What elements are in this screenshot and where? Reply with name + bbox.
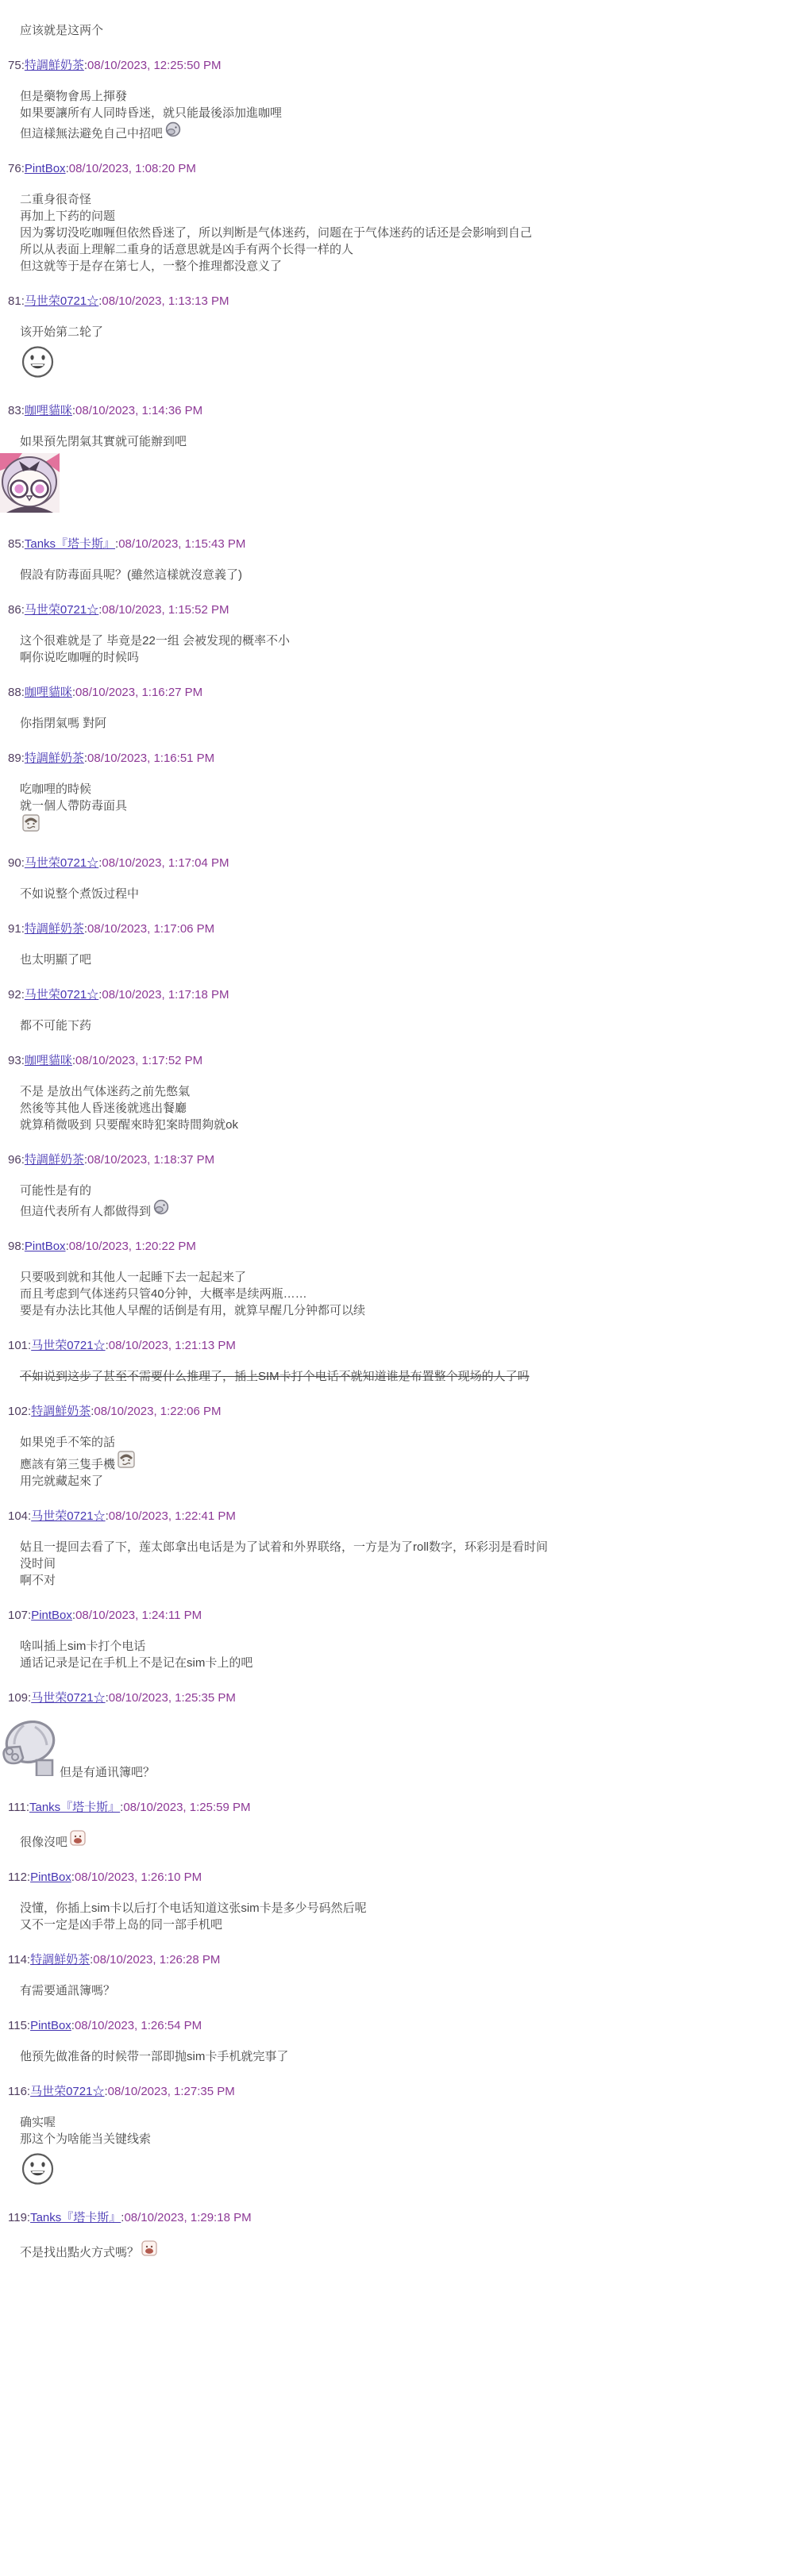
- message-line: 如果兇手不笨的話: [20, 1434, 794, 1451]
- message-line: 不是 是放出气体迷药之前先憋氣: [20, 1083, 794, 1100]
- message-text: 不是 是放出气体迷药之前先憋氣: [20, 1083, 190, 1100]
- post: 76:PintBox:08/10/2023, 1:08:20 PM二重身很奇怪再…: [0, 161, 794, 275]
- post-body: 不如说到这步了甚至不需要什么推理了，插上SIM卡打个电话不就知道谁是布置整个现场…: [20, 1368, 794, 1385]
- post-timestamp: 08/10/2023, 1:18:37 PM: [87, 1153, 214, 1167]
- grimace-face-emoji: [118, 1451, 135, 1473]
- post-timestamp: 08/10/2023, 1:29:18 PM: [124, 2211, 251, 2224]
- post-body: 都不可能下药: [20, 1017, 794, 1034]
- post: 91:特調鮮奶茶:08/10/2023, 1:17:06 PM也太明顯了吧: [0, 921, 794, 968]
- post-number: 83: [8, 404, 21, 417]
- post: 96:特調鮮奶茶:08/10/2023, 1:18:37 PM可能性是有的但這代…: [0, 1152, 794, 1220]
- username-link[interactable]: 咖哩貓咪: [25, 686, 72, 699]
- message-text: 再加上下药的问题: [20, 208, 115, 225]
- post-timestamp: 08/10/2023, 1:17:04 PM: [102, 856, 229, 870]
- grimace-face-emoji: [22, 814, 40, 836]
- post-body: 应该就是这两个: [20, 22, 794, 39]
- post-number: 119: [8, 2211, 27, 2224]
- message-text: 吃咖哩的時候: [20, 781, 91, 798]
- post-body: 不如说整个煮饭过程中: [20, 886, 794, 902]
- message-line: 那这个为啥能当关键线索: [20, 2131, 794, 2147]
- smiley-avatar[interactable]: [20, 344, 56, 384]
- blush-face-emoji: [70, 1830, 86, 1851]
- message-line: 但這代表所有人都做得到: [20, 1199, 794, 1220]
- message-text: 但这就等于是存在第七人，一整个推理都没意义了: [20, 258, 282, 275]
- post-number: 93: [8, 1054, 21, 1067]
- post-timestamp: 08/10/2023, 1:17:06 PM: [87, 922, 214, 936]
- message-text: 就一個人帶防毒面具: [20, 798, 127, 814]
- username-link[interactable]: PintBox: [31, 1609, 72, 1622]
- message-text: 该开始第二轮了: [20, 324, 103, 340]
- post-body: 没懂，你插上sim卡以后打个电话知道这张sim卡是多少号码然后呢又不一定是凶手带…: [20, 1900, 794, 1933]
- post-header: 85:Tanks『塔卡斯』:08/10/2023, 1:15:43 PM: [8, 536, 794, 552]
- post-timestamp: 08/10/2023, 1:25:59 PM: [123, 1801, 250, 1814]
- facepalm-avatar[interactable]: [0, 1721, 56, 1781]
- message-line: 因为雾切没吃咖喱但依然昏迷了，所以判断是气体迷药，问题在于气体迷药的话还是会影响…: [20, 225, 794, 241]
- post: 101:马世荣0721☆:08/10/2023, 1:21:13 PM不如说到这…: [0, 1338, 794, 1385]
- message-line: 假設有防毒面具呢？(雖然這樣就沒意義了): [20, 567, 794, 583]
- post-header: 119:Tanks『塔卡斯』:08/10/2023, 1:29:18 PM: [8, 2210, 794, 2226]
- username-link[interactable]: 咖哩貓咪: [25, 1054, 72, 1067]
- message-line: 二重身很奇怪: [20, 191, 794, 208]
- message-line: 他预先做准备的时候带一部即抛sim卡手机就完事了: [20, 2048, 794, 2065]
- post-timestamp: 08/10/2023, 1:14:36 PM: [75, 404, 202, 417]
- message-line: 如果預先閉氣其實就可能辦到吧: [20, 433, 794, 450]
- post-body: 不是 是放出气体迷药之前先憋氣然後等其他人昏迷後就逃出餐廳就算稍微吸到 只要醒來…: [20, 1083, 794, 1133]
- message-text: 所以从表面上理解二重身的话意思就是凶手有两个长得一样的人: [20, 241, 353, 258]
- username-link[interactable]: 特調鮮奶茶: [30, 1953, 90, 1967]
- post-timestamp: 08/10/2023, 12:25:50 PM: [87, 59, 221, 72]
- post-number: 104: [8, 1509, 28, 1523]
- message-text: 他预先做准备的时候带一部即抛sim卡手机就完事了: [20, 2048, 288, 2065]
- username-link[interactable]: 马世荣0721☆: [25, 856, 98, 870]
- post-body: 但是有通讯簿吧？: [20, 1721, 794, 1781]
- message-text: 如果兇手不笨的話: [20, 1434, 115, 1451]
- message-text: 很像沒吧: [20, 1834, 67, 1851]
- post-timestamp: 08/10/2023, 1:27:35 PM: [108, 2085, 235, 2098]
- post-timestamp: 08/10/2023, 1:26:28 PM: [93, 1953, 220, 1967]
- post: 112:PintBox:08/10/2023, 1:26:10 PM没懂，你插上…: [0, 1870, 794, 1933]
- post: 86:马世荣0721☆:08/10/2023, 1:15:52 PM这个很难就是…: [0, 602, 794, 666]
- post-timestamp: 08/10/2023, 1:21:13 PM: [109, 1339, 236, 1352]
- post: 107:PintBox:08/10/2023, 1:24:11 PM啥叫插上si…: [0, 1608, 794, 1671]
- post-header: 83:咖哩貓咪:08/10/2023, 1:14:36 PM: [8, 403, 794, 419]
- message-line: 但这就等于是存在第七人，一整个推理都没意义了: [20, 258, 794, 275]
- post-timestamp: 08/10/2023, 1:22:06 PM: [94, 1405, 221, 1418]
- message-text: 啊你说吃咖喱的时候吗: [20, 649, 139, 666]
- username-link[interactable]: 马世荣0721☆: [31, 1691, 105, 1705]
- post-number: 91: [8, 922, 21, 936]
- username-link[interactable]: Tanks『塔卡斯』: [30, 2211, 121, 2224]
- anime-avatar[interactable]: [0, 453, 60, 517]
- post-header: 109:马世荣0721☆:08/10/2023, 1:25:35 PM: [8, 1690, 794, 1706]
- message-line: 啥叫插上sim卡打个电话: [20, 1638, 794, 1655]
- post: 109:马世荣0721☆:08/10/2023, 1:25:35 PM但是有通讯…: [0, 1690, 794, 1781]
- post-body: 该开始第二轮了: [20, 324, 794, 384]
- username-link[interactable]: 马世荣0721☆: [25, 603, 98, 617]
- message-text: 也太明顯了吧: [20, 952, 91, 968]
- message-line: 就一個人帶防毒面具: [20, 798, 794, 814]
- post-timestamp: 08/10/2023, 1:24:11 PM: [75, 1609, 202, 1622]
- message-text: 没懂，你插上sim卡以后打个电话知道这张sim卡是多少号码然后呢: [20, 1900, 367, 1917]
- message-text: 就算稍微吸到 只要醒來時犯案時間夠就ok: [20, 1117, 238, 1133]
- post: 92:马世荣0721☆:08/10/2023, 1:17:18 PM都不可能下药: [0, 987, 794, 1034]
- message-text: 不是找出點火方式嗎？: [20, 2244, 139, 2261]
- post-timestamp: 08/10/2023, 1:13:13 PM: [102, 294, 229, 308]
- post: 102:特調鮮奶茶:08/10/2023, 1:22:06 PM如果兇手不笨的話…: [0, 1404, 794, 1490]
- message-text: 如果要讓所有人同時昏迷，就只能最後添加進咖哩: [20, 105, 282, 121]
- message-text: 又不一定是凶手带上岛的同一部手机吧: [20, 1917, 222, 1933]
- post-number: 86: [8, 603, 21, 617]
- post: 应该就是这两个: [0, 22, 794, 39]
- message-line: 应该就是这两个: [20, 22, 794, 39]
- post-header: 104:马世荣0721☆:08/10/2023, 1:22:41 PM: [8, 1509, 794, 1524]
- username-link[interactable]: 马世荣0721☆: [30, 2085, 104, 2098]
- message-line: 吃咖哩的時候: [20, 781, 794, 798]
- message-line: 只要吸到就和其他人一起睡下去一起起来了: [20, 1269, 794, 1286]
- post-number: 102: [8, 1405, 28, 1418]
- post-timestamp: 08/10/2023, 1:26:10 PM: [75, 1870, 202, 1884]
- message-text: 但是藥物會馬上揮發: [20, 88, 127, 105]
- post-body: 这个很难就是了 毕竟是22一组 会被发现的概率不小啊你说吃咖喱的时候吗: [20, 632, 794, 666]
- message-text: 确实喔: [20, 2114, 56, 2131]
- post-body: 如果預先閉氣其實就可能辦到吧: [20, 433, 794, 517]
- message-line: 很像沒吧: [20, 1830, 794, 1851]
- message-text: 啊不对: [20, 1572, 56, 1589]
- post: 104:马世荣0721☆:08/10/2023, 1:22:41 PM姑且一提回…: [0, 1509, 794, 1589]
- post-number: 76: [8, 162, 21, 175]
- username-link[interactable]: 马世荣0721☆: [31, 1339, 105, 1352]
- post-number: 90: [8, 856, 21, 870]
- post-body: 假設有防毒面具呢？(雖然這樣就沒意義了): [20, 567, 794, 583]
- username-link[interactable]: 特調鮮奶茶: [25, 752, 84, 765]
- username-link[interactable]: PintBox: [25, 162, 66, 175]
- post-timestamp: 08/10/2023, 1:08:20 PM: [69, 162, 196, 175]
- post-timestamp: 08/10/2023, 1:25:35 PM: [109, 1691, 236, 1705]
- sweat-face-emoji: [153, 1199, 169, 1220]
- message-text: 而且考虑到气体迷药只管40分钟，大概率是续两瓶……: [20, 1286, 307, 1302]
- post: 115:PintBox:08/10/2023, 1:26:54 PM他预先做准备…: [0, 2018, 794, 2065]
- smiley-avatar[interactable]: [20, 2151, 56, 2191]
- post-header: 114:特調鮮奶茶:08/10/2023, 1:26:28 PM: [8, 1952, 794, 1968]
- message-text: 只要吸到就和其他人一起睡下去一起起来了: [20, 1269, 246, 1286]
- username-link[interactable]: Tanks『塔卡斯』: [29, 1801, 120, 1814]
- post: 75:特調鮮奶茶:08/10/2023, 12:25:50 PM但是藥物會馬上揮…: [0, 58, 794, 142]
- post: 89:特調鮮奶茶:08/10/2023, 1:16:51 PM吃咖哩的時候就一個…: [0, 751, 794, 836]
- post-body: 啥叫插上sim卡打个电话通话记录是记在手机上不是记在sim卡上的吧: [20, 1638, 794, 1671]
- post-timestamp: 08/10/2023, 1:17:18 PM: [102, 988, 229, 1002]
- chat-log: 应该就是这两个75:特調鮮奶茶:08/10/2023, 12:25:50 PM但…: [0, 0, 794, 2309]
- post-number: 75: [8, 59, 21, 72]
- post: 83:咖哩貓咪:08/10/2023, 1:14:36 PM如果預先閉氣其實就可…: [0, 403, 794, 517]
- post-header: 92:马世荣0721☆:08/10/2023, 1:17:18 PM: [8, 987, 794, 1003]
- message-line: 啊不对: [20, 1572, 794, 1589]
- message-text: 但這樣無法避免自己中招吧: [20, 125, 163, 142]
- post-timestamp: 08/10/2023, 1:20:22 PM: [69, 1240, 196, 1253]
- post: 119:Tanks『塔卡斯』:08/10/2023, 1:29:18 PM不是找…: [0, 2210, 794, 2261]
- message-line: 然後等其他人昏迷後就逃出餐廳: [20, 1100, 794, 1117]
- post-header: 88:咖哩貓咪:08/10/2023, 1:16:27 PM: [8, 685, 794, 701]
- post-header: 76:PintBox:08/10/2023, 1:08:20 PM: [8, 161, 794, 177]
- message-line: 所以从表面上理解二重身的话意思就是凶手有两个长得一样的人: [20, 241, 794, 258]
- post-header: 90:马世荣0721☆:08/10/2023, 1:17:04 PM: [8, 855, 794, 871]
- sweat-face-emoji: [165, 121, 181, 142]
- message-line: 用完就藏起來了: [20, 1473, 794, 1490]
- message-line: 但是藥物會馬上揮發: [20, 88, 794, 105]
- username-link[interactable]: 马世荣0721☆: [25, 294, 98, 308]
- post-header: 107:PintBox:08/10/2023, 1:24:11 PM: [8, 1608, 794, 1624]
- message-line: 都不可能下药: [20, 1017, 794, 1034]
- post-header: 89:特調鮮奶茶:08/10/2023, 1:16:51 PM: [8, 751, 794, 767]
- message-text: 但是有通讯簿吧？: [60, 1764, 155, 1781]
- post-header: 93:咖哩貓咪:08/10/2023, 1:17:52 PM: [8, 1053, 794, 1069]
- post-body: 但是藥物會馬上揮發如果要讓所有人同時昏迷，就只能最後添加進咖哩但這樣無法避免自己…: [20, 88, 794, 142]
- message-line: 可能性是有的: [20, 1182, 794, 1199]
- post-body: 很像沒吧: [20, 1830, 794, 1851]
- post-header: 81:马世荣0721☆:08/10/2023, 1:13:13 PM: [8, 294, 794, 310]
- post-number: 111: [8, 1801, 26, 1814]
- message-line: 但是有通讯簿吧？: [0, 1721, 794, 1781]
- message-line: 你指閉氣嗎 對阿: [20, 715, 794, 732]
- message-text: 都不可能下药: [20, 1017, 91, 1034]
- message-text: 应该就是这两个: [20, 22, 103, 39]
- message-line: 没时间: [20, 1555, 794, 1572]
- message-line: 又不一定是凶手带上岛的同一部手机吧: [20, 1917, 794, 1933]
- message-text: 那这个为啥能当关键线索: [20, 2131, 151, 2147]
- post-number: 81: [8, 294, 21, 308]
- post-header: 116:马世荣0721☆:08/10/2023, 1:27:35 PM: [8, 2084, 794, 2100]
- message-line: 该开始第二轮了: [20, 324, 794, 340]
- username-link[interactable]: 马世荣0721☆: [25, 988, 98, 1002]
- username-link[interactable]: 特調鮮奶茶: [25, 922, 84, 936]
- post-body: 确实喔那这个为啥能当关键线索: [20, 2114, 794, 2191]
- post: 90:马世荣0721☆:08/10/2023, 1:17:04 PM不如说整个煮…: [0, 855, 794, 902]
- post-body: 二重身很奇怪再加上下药的问题因为雾切没吃咖喱但依然昏迷了，所以判断是气体迷药，问…: [20, 191, 794, 275]
- message-text: 用完就藏起來了: [20, 1473, 103, 1490]
- post-timestamp: 08/10/2023, 1:16:51 PM: [87, 752, 214, 765]
- post-header: 111:Tanks『塔卡斯』:08/10/2023, 1:25:59 PM: [8, 1800, 794, 1816]
- post-number: 112: [8, 1870, 27, 1884]
- message-line: 但這樣無法避免自己中招吧: [20, 121, 794, 142]
- message-line: 通话记录是记在手机上不是记在sim卡上的吧: [20, 1655, 794, 1671]
- post-number: 96: [8, 1153, 21, 1167]
- message-line: 不是找出點火方式嗎？: [20, 2240, 794, 2261]
- post-header: 112:PintBox:08/10/2023, 1:26:10 PM: [8, 1870, 794, 1886]
- post-header: 86:马世荣0721☆:08/10/2023, 1:15:52 PM: [8, 602, 794, 618]
- username-link[interactable]: 特調鮮奶茶: [31, 1405, 91, 1418]
- message-line: [20, 814, 794, 836]
- username-link[interactable]: PintBox: [25, 1240, 66, 1253]
- message-line: 不如说到这步了甚至不需要什么推理了，插上SIM卡打个电话不就知道谁是布置整个现场…: [20, 1368, 794, 1385]
- message-line: 就算稍微吸到 只要醒來時犯案時間夠就ok: [20, 1117, 794, 1133]
- username-link[interactable]: Tanks『塔卡斯』: [25, 537, 115, 551]
- post-timestamp: 08/10/2023, 1:15:43 PM: [118, 537, 245, 551]
- post-number: 107: [8, 1609, 28, 1622]
- post-timestamp: 08/10/2023, 1:17:52 PM: [75, 1054, 202, 1067]
- message-text: 这个很难就是了 毕竟是22一组 会被发现的概率不小: [20, 632, 290, 649]
- username-link[interactable]: 咖哩貓咪: [25, 404, 72, 417]
- post-header: 75:特調鮮奶茶:08/10/2023, 12:25:50 PM: [8, 58, 794, 74]
- post-timestamp: 08/10/2023, 1:26:54 PM: [75, 2019, 202, 2032]
- message-line: [0, 453, 794, 517]
- post: 114:特調鮮奶茶:08/10/2023, 1:26:28 PM有需要通訊簿嗎？: [0, 1952, 794, 1999]
- post-number: 115: [8, 2019, 27, 2032]
- message-text: 你指閉氣嗎 對阿: [20, 715, 106, 732]
- post-number: 89: [8, 752, 21, 765]
- post: 88:咖哩貓咪:08/10/2023, 1:16:27 PM你指閉氣嗎 對阿: [0, 685, 794, 732]
- message-text: 可能性是有的: [20, 1182, 91, 1199]
- message-line: 没懂，你插上sim卡以后打个电话知道这张sim卡是多少号码然后呢: [20, 1900, 794, 1917]
- post-number: 116: [8, 2085, 27, 2098]
- message-line: 啊你说吃咖喱的时候吗: [20, 649, 794, 666]
- post-header: 101:马世荣0721☆:08/10/2023, 1:21:13 PM: [8, 1338, 794, 1354]
- post-header: 91:特調鮮奶茶:08/10/2023, 1:17:06 PM: [8, 921, 794, 937]
- post-timestamp: 08/10/2023, 1:16:27 PM: [75, 686, 202, 699]
- message-line: 有需要通訊簿嗎？: [20, 1982, 794, 1999]
- post-number: 85: [8, 537, 21, 551]
- message-text: 不如说到这步了甚至不需要什么推理了，插上SIM卡打个电话不就知道谁是布置整个现场…: [20, 1368, 530, 1385]
- message-text: 没时间: [20, 1555, 56, 1572]
- message-text: 二重身很奇怪: [20, 191, 91, 208]
- blush-face-emoji: [141, 2240, 157, 2261]
- post: 98:PintBox:08/10/2023, 1:20:22 PM只要吸到就和其…: [0, 1239, 794, 1319]
- message-line: 也太明顯了吧: [20, 952, 794, 968]
- message-text: 要是有办法比其他人早醒的话倒是有用，就算早醒几分钟都可以续: [20, 1302, 365, 1319]
- post-body: 如果兇手不笨的話應該有第三隻手機用完就藏起來了: [20, 1434, 794, 1490]
- post-timestamp: 08/10/2023, 1:15:52 PM: [102, 603, 229, 617]
- post-header: 98:PintBox:08/10/2023, 1:20:22 PM: [8, 1239, 794, 1255]
- username-link[interactable]: 特調鮮奶茶: [25, 1153, 84, 1167]
- post-number: 88: [8, 686, 21, 699]
- post-body: 吃咖哩的時候就一個人帶防毒面具: [20, 781, 794, 836]
- post-header: 96:特調鮮奶茶:08/10/2023, 1:18:37 PM: [8, 1152, 794, 1168]
- message-text: 如果預先閉氣其實就可能辦到吧: [20, 433, 187, 450]
- message-text: 因为雾切没吃咖喱但依然昏迷了，所以判断是气体迷药，问题在于气体迷药的话还是会影响…: [20, 225, 532, 241]
- username-link[interactable]: PintBox: [30, 2019, 71, 2032]
- post-body: 你指閉氣嗎 對阿: [20, 715, 794, 732]
- message-line: 應該有第三隻手機: [20, 1451, 794, 1473]
- message-line: 姑且一提回去看了下，莲太郎拿出电话是为了试着和外界联络，一方是为了roll数字，…: [20, 1539, 794, 1555]
- message-text: 然後等其他人昏迷後就逃出餐廳: [20, 1100, 187, 1117]
- message-text: 有需要通訊簿嗎？: [20, 1982, 115, 1999]
- post: 93:咖哩貓咪:08/10/2023, 1:17:52 PM不是 是放出气体迷药…: [0, 1053, 794, 1133]
- post-body: 可能性是有的但這代表所有人都做得到: [20, 1182, 794, 1220]
- post-number: 92: [8, 988, 21, 1002]
- message-line: 确实喔: [20, 2114, 794, 2131]
- post-number: 101: [8, 1339, 28, 1352]
- post-body: 有需要通訊簿嗎？: [20, 1982, 794, 1999]
- post-number: 114: [8, 1953, 27, 1967]
- post-body: 他预先做准备的时候带一部即抛sim卡手机就完事了: [20, 2048, 794, 2065]
- message-text: 假設有防毒面具呢？(雖然這樣就沒意義了): [20, 567, 242, 583]
- message-line: 不如说整个煮饭过程中: [20, 886, 794, 902]
- post-body: 不是找出點火方式嗎？: [20, 2240, 794, 2261]
- message-line: 要是有办法比其他人早醒的话倒是有用，就算早醒几分钟都可以续: [20, 1302, 794, 1319]
- post: 85:Tanks『塔卡斯』:08/10/2023, 1:15:43 PM假設有防…: [0, 536, 794, 583]
- message-line: 而且考虑到气体迷药只管40分钟，大概率是续两瓶……: [20, 1286, 794, 1302]
- post-body: 姑且一提回去看了下，莲太郎拿出电话是为了试着和外界联络，一方是为了roll数字，…: [20, 1539, 794, 1589]
- message-line: 这个很难就是了 毕竟是22一组 会被发现的概率不小: [20, 632, 794, 649]
- username-link[interactable]: PintBox: [30, 1870, 71, 1884]
- username-link[interactable]: 马世荣0721☆: [31, 1509, 105, 1523]
- post-body: 也太明顯了吧: [20, 952, 794, 968]
- post-number: 98: [8, 1240, 21, 1253]
- message-text: 啥叫插上sim卡打个电话: [20, 1638, 145, 1655]
- message-text: 不如说整个煮饭过程中: [20, 886, 139, 902]
- post: 111:Tanks『塔卡斯』:08/10/2023, 1:25:59 PM很像沒…: [0, 1800, 794, 1851]
- message-line: [20, 344, 794, 384]
- message-text: 但這代表所有人都做得到: [20, 1203, 151, 1220]
- message-text: 姑且一提回去看了下，莲太郎拿出电话是为了试着和外界联络，一方是为了roll数字，…: [20, 1539, 548, 1555]
- message-text: 應該有第三隻手機: [20, 1456, 115, 1473]
- message-line: 如果要讓所有人同時昏迷，就只能最後添加進咖哩: [20, 105, 794, 121]
- username-link[interactable]: 特調鮮奶茶: [25, 59, 84, 72]
- post-timestamp: 08/10/2023, 1:22:41 PM: [109, 1509, 236, 1523]
- post-header: 102:特調鮮奶茶:08/10/2023, 1:22:06 PM: [8, 1404, 794, 1420]
- message-text: 通话记录是记在手机上不是记在sim卡上的吧: [20, 1655, 252, 1671]
- message-line: [20, 2151, 794, 2191]
- post-body: 只要吸到就和其他人一起睡下去一起起来了而且考虑到气体迷药只管40分钟，大概率是续…: [20, 1269, 794, 1319]
- post-header: 115:PintBox:08/10/2023, 1:26:54 PM: [8, 2018, 794, 2034]
- message-line: 再加上下药的问题: [20, 208, 794, 225]
- post: 116:马世荣0721☆:08/10/2023, 1:27:35 PM确实喔那这…: [0, 2084, 794, 2191]
- post-number: 109: [8, 1691, 28, 1705]
- post: 81:马世荣0721☆:08/10/2023, 1:13:13 PM该开始第二轮…: [0, 294, 794, 384]
